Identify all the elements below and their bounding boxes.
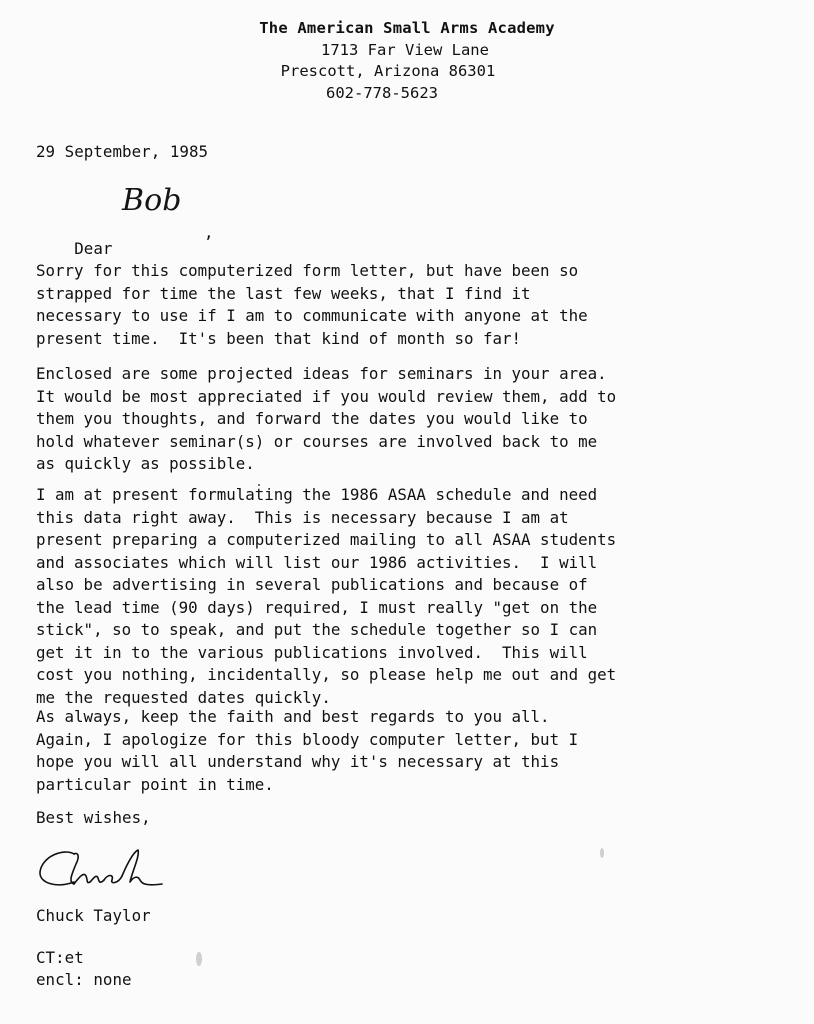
organization-name: The American Small Arms Academy bbox=[0, 18, 814, 40]
paper-speck bbox=[258, 484, 260, 486]
letter-page: The American Small Arms Academy 1713 Far… bbox=[0, 0, 814, 1024]
phone-number: 602-778-5623 bbox=[0, 83, 814, 105]
text-line: cost you nothing, incidentally, so pleas… bbox=[36, 664, 616, 687]
handwritten-recipient-name: Bob bbox=[122, 191, 181, 211]
text-line: strapped for time the last few weeks, th… bbox=[36, 283, 588, 306]
paper-speck bbox=[196, 952, 202, 966]
city-state-zip: Prescott, Arizona 86301 bbox=[0, 61, 814, 83]
text-line: present preparing a computerized mailing… bbox=[36, 529, 616, 552]
paper-speck bbox=[600, 848, 604, 858]
text-line: hope you will all understand why it's ne… bbox=[36, 751, 578, 774]
body-paragraph-1: Sorry for this computerized form letter,… bbox=[36, 260, 588, 350]
body-paragraph-3: I am at present formulating the 1986 ASA… bbox=[36, 484, 616, 709]
text-line: the lead time (90 days) required, I must… bbox=[36, 597, 616, 620]
reference-initials: CT:et bbox=[36, 948, 84, 968]
text-line: hold whatever seminar(s) or courses are … bbox=[36, 431, 616, 454]
text-line: them you thoughts, and forward the dates… bbox=[36, 408, 616, 431]
text-line: As always, keep the faith and best regar… bbox=[36, 706, 578, 729]
body-paragraph-2: Enclosed are some projected ideas for se… bbox=[36, 363, 616, 476]
text-line: as quickly as possible. bbox=[36, 453, 616, 476]
body-paragraph-4: As always, keep the faith and best regar… bbox=[36, 706, 578, 796]
salutation-comma: , bbox=[204, 223, 214, 243]
text-line: and associates which will list our 1986 … bbox=[36, 552, 616, 575]
text-line: get it in to the various publications in… bbox=[36, 642, 616, 665]
text-line: also be advertising in several publicati… bbox=[36, 574, 616, 597]
letter-date: 29 September, 1985 bbox=[36, 142, 208, 162]
salutation-greeting: Dear bbox=[74, 239, 112, 258]
street-address: 1713 Far View Lane bbox=[0, 40, 814, 62]
enclosure-note: encl: none bbox=[36, 970, 132, 990]
text-line: I am at present formulating the 1986 ASA… bbox=[36, 484, 616, 507]
text-line: Sorry for this computerized form letter,… bbox=[36, 260, 588, 283]
letterhead: The American Small Arms Academy 1713 Far… bbox=[0, 18, 814, 104]
text-line: Enclosed are some projected ideas for se… bbox=[36, 363, 616, 386]
text-line: necessary to use if I am to communicate … bbox=[36, 305, 588, 328]
handwritten-signature-icon bbox=[34, 846, 184, 900]
text-line: present time. It's been that kind of mon… bbox=[36, 328, 588, 351]
signer-name: Chuck Taylor bbox=[36, 906, 151, 926]
text-line: stick", so to speak, and put the schedul… bbox=[36, 619, 616, 642]
closing: Best wishes, bbox=[36, 808, 151, 828]
text-line: Again, I apologize for this bloody compu… bbox=[36, 729, 578, 752]
text-line: this data right away. This is necessary … bbox=[36, 507, 616, 530]
text-line: particular point in time. bbox=[36, 774, 578, 797]
text-line: It would be most appreciated if you woul… bbox=[36, 386, 616, 409]
